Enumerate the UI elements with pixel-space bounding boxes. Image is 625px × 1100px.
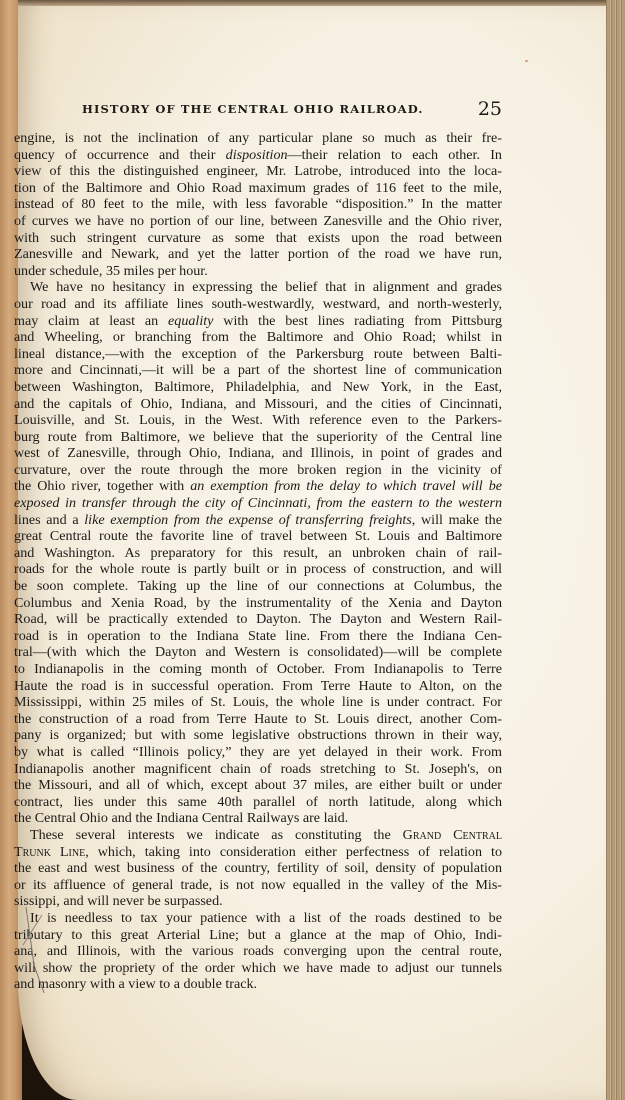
text-line: and the capitals of Ohio, Indiana, and M… (14, 396, 502, 413)
small-caps-text: Trunk Line (14, 844, 85, 860)
text-line: lineal distance,—with the exception of t… (14, 346, 502, 363)
text-line: may claim at least an equality with the … (14, 313, 502, 330)
paragraph: These several interests we indicate as c… (14, 827, 502, 910)
italic-text: exposed in transfer through the city of … (14, 495, 502, 511)
text-line: the construction of a road from Terre Ha… (14, 711, 502, 728)
italic-text: an exemption from the delay to which tra… (190, 478, 502, 494)
text-line: It is needless to tax your patience with… (14, 910, 502, 927)
text-line: great Central route the favorite line of… (14, 528, 502, 545)
text-line: curvature, over the route through the mo… (14, 462, 502, 479)
text-line: roads for the whole route is partly buil… (14, 561, 502, 578)
italic-text: like exemption from the expense of trans… (84, 512, 412, 528)
text-line: the Ohio river, together with an exempti… (14, 478, 502, 495)
text-line: will show the propriety of the order whi… (14, 960, 502, 977)
text-line: Haute the road is in successful operatio… (14, 678, 502, 695)
text-line: tributary to this great Arterial Line; b… (14, 927, 502, 944)
text-line: west of Zanesville, through Ohio, Indian… (14, 445, 502, 462)
text-line: the east and west business of the countr… (14, 860, 502, 877)
text-line: our road and its affiliate lines south-w… (14, 296, 502, 313)
text-line: ana, and Illinois, with the various road… (14, 943, 502, 960)
text-line: more and Cincinnati,—it will be a part o… (14, 362, 502, 379)
paragraph: It is needless to tax your patience with… (14, 910, 502, 993)
text-line: Zanesville and Newark, and yet the latte… (14, 246, 502, 263)
text-line: Mississippi, within 25 miles of St. Loui… (14, 694, 502, 711)
text-line: road is in operation to the Indiana Stat… (14, 628, 502, 645)
text-line: to Indianapolis in the coming month of O… (14, 661, 502, 678)
paper-stain (525, 60, 528, 62)
text-line: instead of 80 feet to the mile, with les… (14, 196, 502, 213)
book-scan: HISTORY OF THE CENTRAL OHIO RAILROAD. 25… (0, 0, 625, 1100)
page-edges (606, 0, 625, 1100)
text-line: These several interests we indicate as c… (14, 827, 502, 844)
text-line: Road, will be practically extended to Da… (14, 611, 502, 628)
text-line: and Wheeling, or branching from the Balt… (14, 329, 502, 346)
text-line: contract, lies under this same 40th para… (14, 794, 502, 811)
text-line: engine, is not the inclination of any pa… (14, 130, 502, 147)
text-line: burg route from Baltimore, we believe th… (14, 429, 502, 446)
text-line: tion of the Baltimore and Ohio Road maxi… (14, 180, 502, 197)
text-line: Trunk Line, which, taking into considera… (14, 844, 502, 861)
page-number: 25 (478, 98, 502, 120)
body-text: engine, is not the inclination of any pa… (14, 130, 502, 993)
text-line: with such stringent curvature as some th… (14, 230, 502, 247)
text-line: and masonry with a view to a double trac… (14, 976, 502, 993)
text-line: or its affluence of general trade, is no… (14, 877, 502, 894)
text-line: under schedule, 35 miles per hour. (14, 263, 502, 280)
text-line: of curves we have no portion of our line… (14, 213, 502, 230)
text-line: and Washington. As preparatory for this … (14, 545, 502, 562)
text-line: view of this the distinguished engineer,… (14, 163, 502, 180)
text-line: We have no hesitancy in expressing the b… (14, 279, 502, 296)
italic-text: disposition (226, 147, 288, 163)
paragraph: We have no hesitancy in expressing the b… (14, 279, 502, 827)
text-line: be soon complete. Taking up the line of … (14, 578, 502, 595)
text-line: the Central Ohio and the Indiana Central… (14, 810, 502, 827)
text-line: between Washington, Baltimore, Philadelp… (14, 379, 502, 396)
paragraph: engine, is not the inclination of any pa… (14, 130, 502, 279)
text-line: sissippi, and will never be surpassed. (14, 893, 502, 910)
page-top-edge (18, 0, 608, 6)
text-line: Columbus and Xenia Road, by the instrume… (14, 595, 502, 612)
text-line: Indianapolis another magnificent chain o… (14, 761, 502, 778)
text-line: Louisville, and St. Louis, in the West. … (14, 412, 502, 429)
pencil-mark-icon (20, 905, 60, 995)
text-line: lines and a like exemption from the expe… (14, 512, 502, 529)
page-header: HISTORY OF THE CENTRAL OHIO RAILROAD. 25 (82, 100, 502, 124)
text-line: tral—(with which the Dayton and Western … (14, 644, 502, 661)
text-line: pany is organized; but with some legisla… (14, 727, 502, 744)
running-title: HISTORY OF THE CENTRAL OHIO RAILROAD. (82, 102, 423, 116)
italic-text: equality (168, 313, 213, 329)
paper-stain (122, 972, 125, 974)
text-line: by what is called “Illinois policy,” the… (14, 744, 502, 761)
text-line: quency of occurrence and their dispositi… (14, 147, 502, 164)
small-caps-text: Grand Central (403, 827, 502, 843)
text-line: the Missouri, and all of which, except a… (14, 777, 502, 794)
text-line: exposed in transfer through the city of … (14, 495, 502, 512)
